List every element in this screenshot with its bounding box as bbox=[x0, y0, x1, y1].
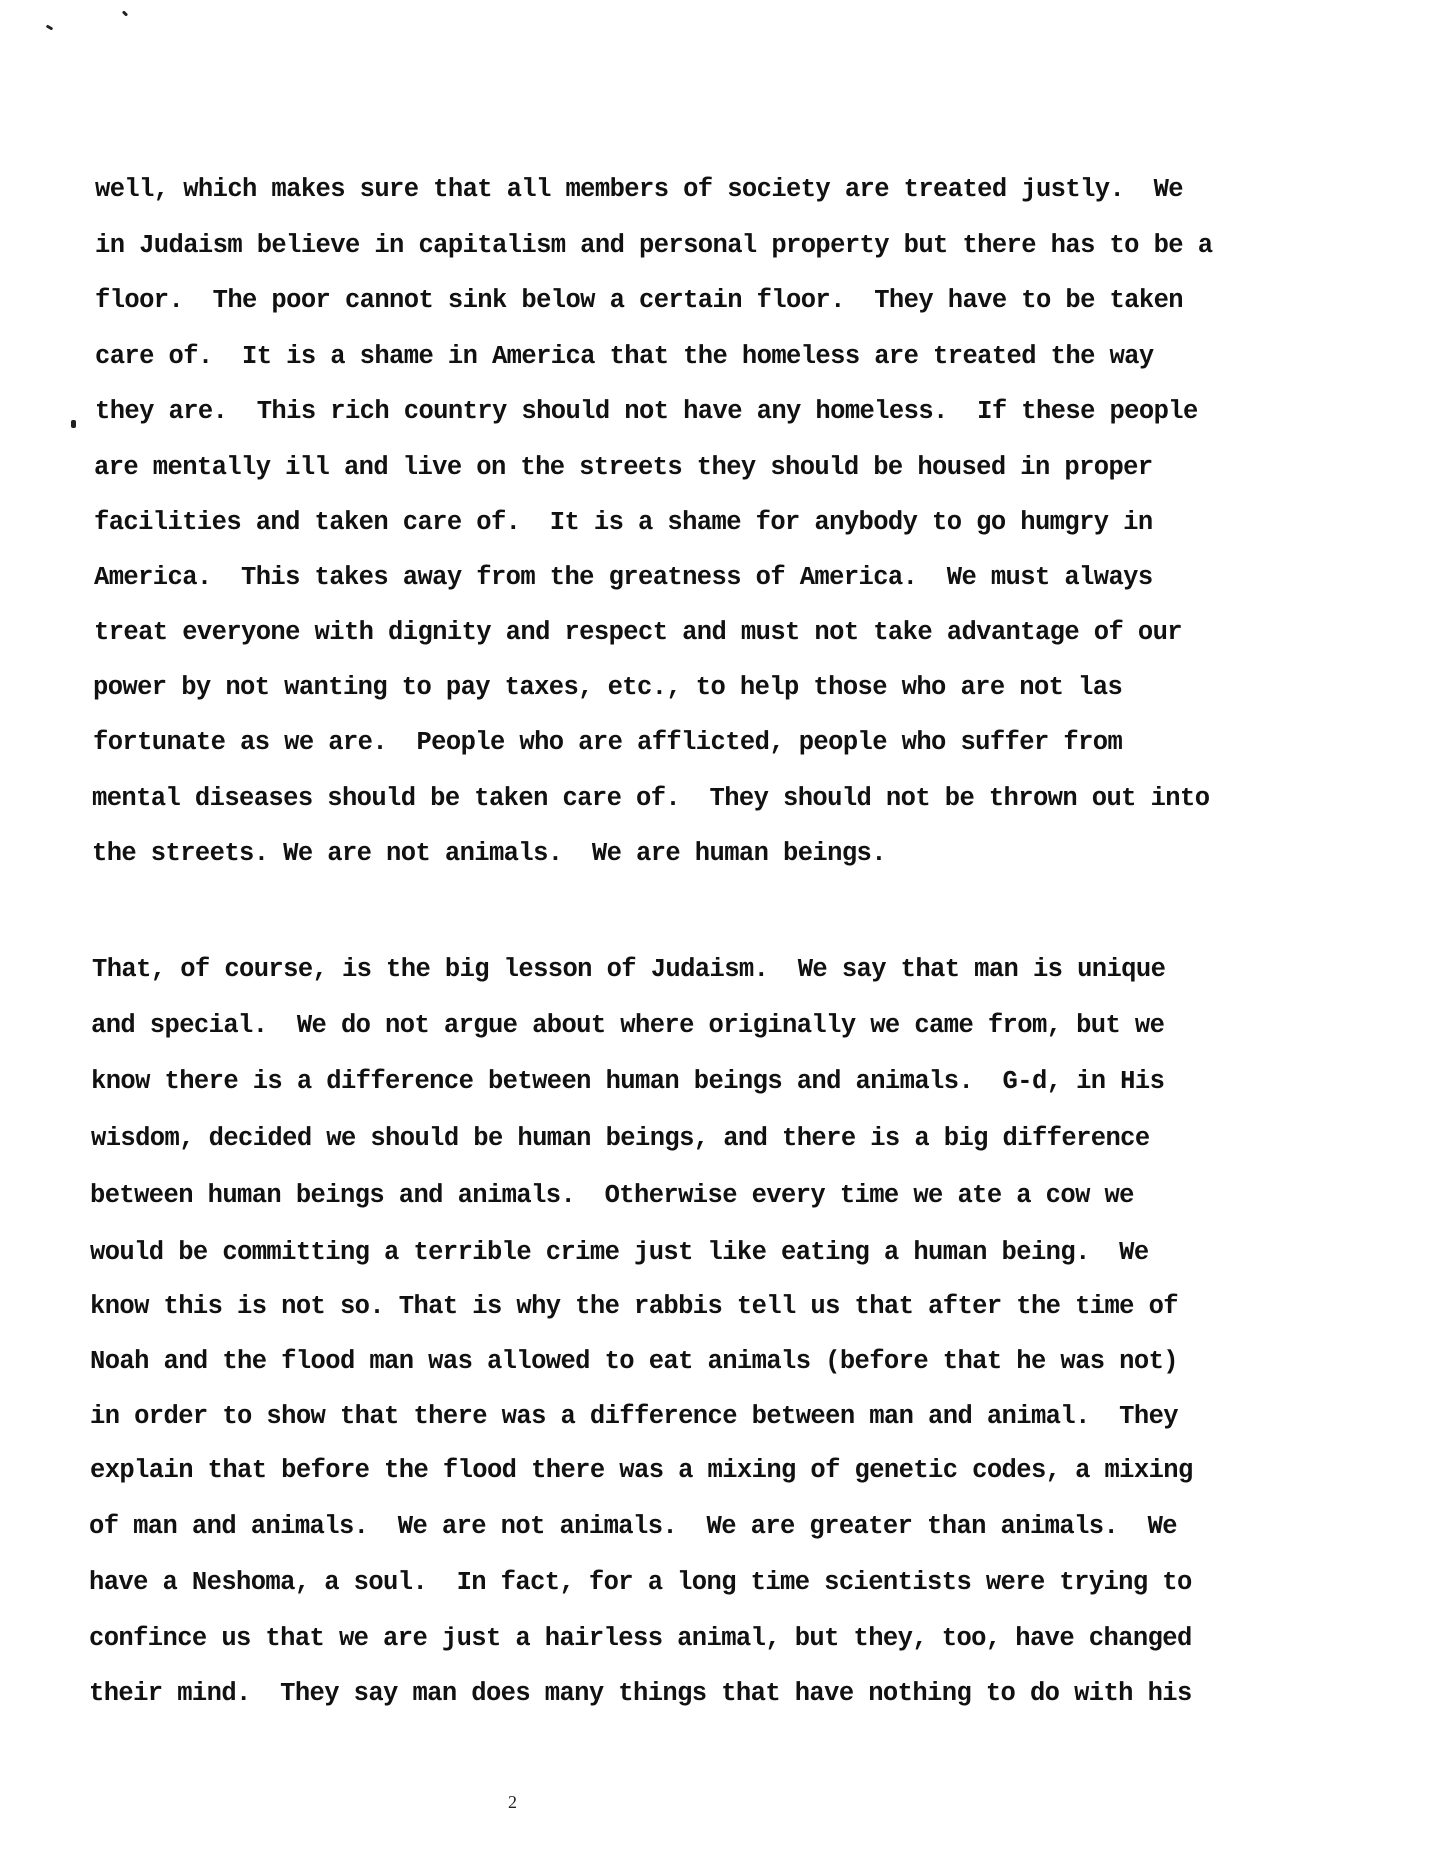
text-line: would be committing a terrible crime jus… bbox=[90, 1238, 1149, 1268]
text-line: in order to show that there was a differ… bbox=[90, 1402, 1178, 1432]
text-line: Noah and the flood man was allowed to ea… bbox=[90, 1347, 1178, 1377]
text-line: mental diseases should be taken care of.… bbox=[92, 784, 1209, 814]
text-line: are mentally ill and live on the streets… bbox=[94, 453, 1153, 483]
text-line: facilities and taken care of. It is a sh… bbox=[94, 508, 1153, 538]
text-line: America. This takes away from the greatn… bbox=[94, 563, 1153, 593]
text-line: and special. We do not argue about where… bbox=[91, 1011, 1164, 1041]
text-line: wisdom, decided we should be human being… bbox=[91, 1124, 1150, 1154]
text-line: floor. The poor cannot sink below a cert… bbox=[95, 286, 1183, 316]
text-line: treat everyone with dignity and respect … bbox=[94, 618, 1182, 648]
text-line: care of. It is a shame in America that t… bbox=[95, 342, 1154, 372]
text-line: know this is not so. That is why the rab… bbox=[90, 1292, 1178, 1322]
scan-artifact bbox=[122, 10, 128, 16]
text-line: know there is a difference between human… bbox=[91, 1067, 1164, 1097]
text-line: of man and animals. We are not animals. … bbox=[89, 1512, 1177, 1542]
text-line: That, of course, is the big lesson of Ju… bbox=[92, 955, 1165, 985]
text-line: the streets. We are not animals. We are … bbox=[92, 839, 886, 869]
text-line: explain that before the flood there was … bbox=[90, 1456, 1193, 1486]
page-number: 2 bbox=[508, 1792, 517, 1813]
text-line: between human beings and animals. Otherw… bbox=[90, 1181, 1134, 1211]
text-line: confince us that we are just a hairless … bbox=[89, 1624, 1192, 1654]
text-line: fortunate as we are. People who are affl… bbox=[93, 728, 1122, 758]
text-line: have a Neshoma, a soul. In fact, for a l… bbox=[89, 1568, 1192, 1598]
scan-artifact bbox=[71, 420, 76, 428]
text-line: they are. This rich country should not h… bbox=[95, 397, 1198, 427]
document-page: well, which makes sure that all members … bbox=[0, 0, 1430, 1851]
scan-artifact bbox=[46, 24, 54, 30]
text-line: power by not wanting to pay taxes, etc.,… bbox=[93, 673, 1122, 703]
text-line: well, which makes sure that all members … bbox=[95, 175, 1183, 205]
text-line: their mind. They say man does many thing… bbox=[89, 1679, 1192, 1709]
text-line: in Judaism believe in capitalism and per… bbox=[95, 231, 1212, 261]
